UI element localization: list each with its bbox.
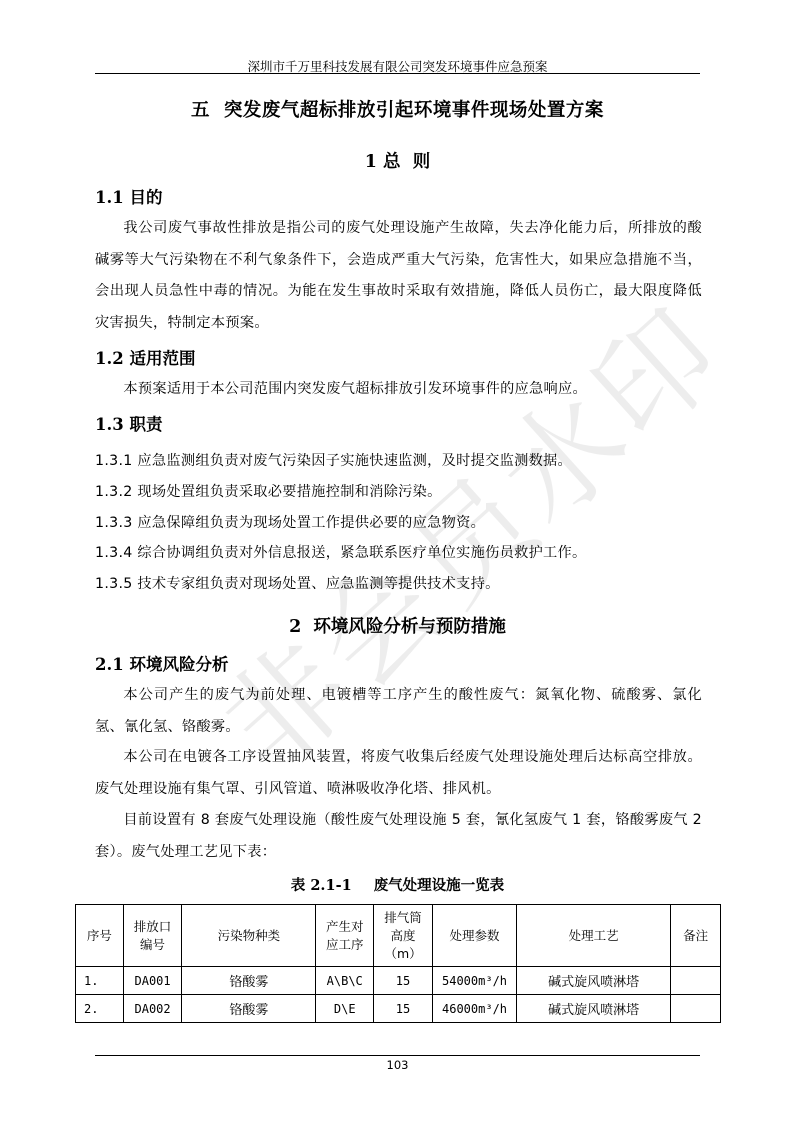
duty-item: 1.3.1 应急监测组负责对废气污染因子实施快速监测，及时提交监测数据。: [95, 450, 702, 470]
header-cell-process: 产生对应工序: [316, 905, 374, 967]
header-cell-height: 排气筒高度（m）: [374, 905, 433, 967]
header-cell-tech: 处理工艺: [517, 905, 671, 967]
cell-param: 46000m³/h: [432, 995, 516, 1023]
cell-param: 54000m³/h: [432, 967, 516, 995]
cell-pollutant: 铬酸雾: [182, 995, 316, 1023]
table-caption-title: 废气处理设施一览表: [374, 877, 505, 894]
header-cell-param: 处理参数: [432, 905, 516, 967]
cell-outlet: DA002: [123, 995, 182, 1023]
section-2-1-paragraph: 目前设置有 8 套废气处理设施（酸性废气处理设施 5 套，氰化氢废气 1 套，铬…: [95, 805, 702, 868]
table-row: 1. DA001 铬酸雾 A\B\C 15 54000m³/h 碱式旋风喷淋塔: [76, 967, 721, 995]
chapter-title: 五 突发废气超标排放引起环境事件现场处置方案: [95, 96, 700, 122]
section-1-1-heading: 1.1 目的: [95, 184, 162, 208]
cell-note: [671, 995, 721, 1023]
table-caption: 表 2.1-1废气处理设施一览表: [95, 874, 700, 895]
section-1-heading: 1 总 则: [95, 148, 700, 173]
section-1-1-paragraph: 我公司废气事故性排放是指公司的废气处理设施产生故障，失去净化能力后，所排放的酸碱…: [95, 213, 702, 339]
cell-no: 1.: [76, 967, 124, 995]
section-1-2-heading: 1.2 适用范围: [95, 345, 195, 369]
document-page: 非会员水印 深圳市千万里科技发展有限公司突发环境事件应急预案 五 突发废气超标排…: [0, 0, 793, 1122]
cell-process: D\E: [316, 995, 374, 1023]
cell-process: A\B\C: [316, 967, 374, 995]
table-header-row: 序号 排放口编号 污染物种类 产生对应工序 排气筒高度（m） 处理参数 处理工艺…: [76, 905, 721, 967]
duty-item: 1.3.4 综合协调组负责对外信息报送，紧急联系医疗单位实施伤员救护工作。: [95, 542, 702, 562]
cell-pollutant: 铬酸雾: [182, 967, 316, 995]
page-number: 103: [95, 1058, 700, 1072]
cell-tech: 碱式旋风喷淋塔: [517, 995, 671, 1023]
table-row: 2. DA002 铬酸雾 D\E 15 46000m³/h 碱式旋风喷淋塔: [76, 995, 721, 1023]
cell-tech: 碱式旋风喷淋塔: [517, 967, 671, 995]
footer-divider: [95, 1055, 700, 1056]
header-divider: [95, 73, 700, 74]
section-1-2-paragraph: 本预案适用于本公司范围内突发废气超标排放引发环境事件的应急响应。: [95, 374, 702, 406]
header-cell-no: 序号: [76, 905, 124, 967]
section-2-1-paragraph: 本公司在电镀各工序设置抽风装置，将废气收集后经废气处理设施处理后达标高空排放。废…: [95, 742, 702, 805]
cell-outlet: DA001: [123, 967, 182, 995]
section-1-3-heading: 1.3 职责: [95, 411, 162, 435]
duty-item: 1.3.3 应急保障组负责为现场处置工作提供必要的应急物资。: [95, 512, 702, 532]
section-2-1-heading: 2.1 环境风险分析: [95, 651, 228, 675]
table-caption-number: 表 2.1-1: [291, 877, 352, 894]
exhaust-facilities-table: 序号 排放口编号 污染物种类 产生对应工序 排气筒高度（m） 处理参数 处理工艺…: [75, 904, 721, 1023]
header-cell-outlet: 排放口编号: [123, 905, 182, 967]
duty-item: 1.3.5 技术专家组负责对现场处置、应急监测等提供技术支持。: [95, 573, 702, 593]
cell-height: 15: [374, 967, 433, 995]
section-2-heading: 2 环境风险分析与预防措施: [95, 613, 700, 638]
duty-item: 1.3.2 现场处置组负责采取必要措施控制和消除污染。: [95, 481, 702, 501]
header-cell-pollutant: 污染物种类: [182, 905, 316, 967]
cell-height: 15: [374, 995, 433, 1023]
header-cell-note: 备注: [671, 905, 721, 967]
cell-no: 2.: [76, 995, 124, 1023]
cell-note: [671, 967, 721, 995]
section-2-1-paragraph: 本公司产生的废气为前处理、电镀槽等工序产生的酸性废气：氮氧化物、硫酸雾、氯化氢、…: [95, 680, 702, 743]
